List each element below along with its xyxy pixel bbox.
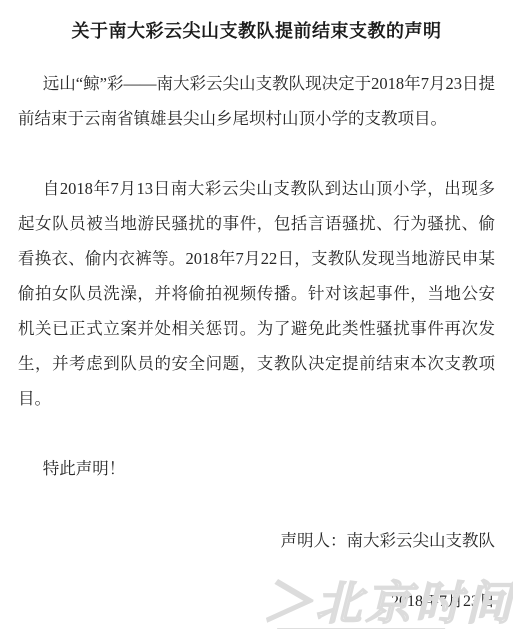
document-title: 关于南大彩云尖山支教队提前结束支教的声明 (18, 0, 495, 43)
date-line: 2018年7月23日 (18, 591, 495, 613)
watermark-underline (277, 628, 445, 629)
signer-line: 声明人：南大彩云尖山支教队 (18, 529, 495, 553)
statement-document: 关于南大彩云尖山支教队提前结束支教的声明 远山“鲸”彩——南大彩云尖山支教队现决… (0, 0, 513, 631)
paragraph-announcement: 远山“鲸”彩——南大彩云尖山支教队现决定于2018年7月23日提前结束于云南省镇… (18, 66, 495, 136)
paragraph-reason: 自2018年7月13日南大彩云尖山支教队到达山顶小学，出现多起女队员被当地游民骚… (18, 171, 495, 416)
closing-statement: 特此声明！ (18, 451, 495, 486)
